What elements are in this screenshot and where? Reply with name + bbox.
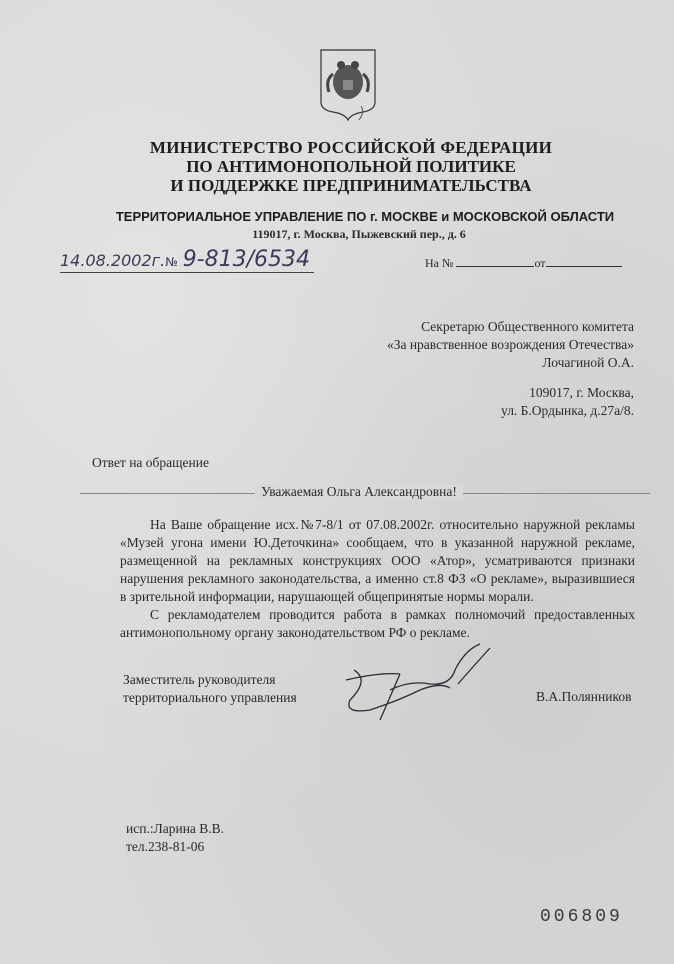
body-paragraph-2: С рекламодателем проводится работа в рам…	[120, 606, 635, 642]
greeting: Уважаемая Ольга Александровна!	[0, 484, 674, 500]
letter-body: На Ваше обращение исх.№7-8/1 от 07.08.20…	[120, 516, 635, 642]
ministry-title-line1: МИНИСТЕРСТВО РОССИЙСКОЙ ФЕДЕРАЦИИ	[0, 138, 674, 158]
signatory-title: Заместитель руководителя территориальног…	[123, 671, 297, 707]
incoming-reference: На № от	[425, 256, 622, 271]
outgoing-date: 14.08.2002г.	[60, 251, 165, 270]
serial-number: 006809	[540, 907, 623, 927]
outgoing-reference: 14.08.2002г.№ 9-813/6534	[60, 247, 314, 273]
office-address: 119017, г. Москва, Пыжевский пер., д. 6	[0, 227, 674, 242]
ministry-title-line2: ПО АНТИМОНОПОЛЬНОЙ ПОЛИТИКЕ	[0, 157, 674, 177]
recipient-address-line1: 109017, г. Москва,	[501, 384, 634, 402]
recipient-address-line2: ул. Б.Ордынка, д.27а/8.	[501, 402, 634, 420]
recipient-line1: Секретарю Общественного комитета	[387, 318, 634, 336]
territorial-office: ТЕРРИТОРИАЛЬНОЕ УПРАВЛЕНИЕ ПО г. МОСКВЕ …	[0, 209, 674, 224]
ministry-title-line3: И ПОДДЕРЖКЕ ПРЕДПРИНИМАТЕЛЬСТВА	[0, 176, 674, 196]
signatory-name: В.А.Полянников	[536, 689, 631, 705]
greeting-text: Уважаемая Ольга Александровна!	[255, 484, 463, 499]
recipient-line2: «За нравственное возрождения Отечества»	[387, 336, 634, 354]
recipient-address: 109017, г. Москва, ул. Б.Ордынка, д.27а/…	[501, 384, 634, 420]
recipient-name: Лочагиной О.А.	[387, 354, 634, 372]
signatory-title-line2: территориального управления	[123, 689, 297, 707]
subject-line: Ответ на обращение	[92, 455, 209, 471]
recipient-block: Секретарю Общественного комитета «За нра…	[387, 318, 634, 372]
incoming-number-label: На №	[425, 256, 453, 270]
body-paragraph-1: На Ваше обращение исх.№7-8/1 от 07.08.20…	[120, 516, 635, 606]
incoming-from-label: от	[534, 256, 545, 270]
incoming-number-blank	[456, 256, 534, 267]
outgoing-number-prefix: №	[165, 255, 177, 269]
outgoing-number: 9-813/6534	[183, 247, 310, 272]
handwritten-signature-icon	[340, 640, 510, 730]
incoming-date-blank	[546, 256, 622, 267]
executor-name: исп.:Ларина В.В.	[126, 820, 224, 838]
signatory-title-line1: Заместитель руководителя	[123, 671, 297, 689]
russian-coat-of-arms-icon	[319, 48, 377, 122]
executor-block: исп.:Ларина В.В. тел.238-81-06	[126, 820, 224, 856]
executor-phone: тел.238-81-06	[126, 838, 224, 856]
